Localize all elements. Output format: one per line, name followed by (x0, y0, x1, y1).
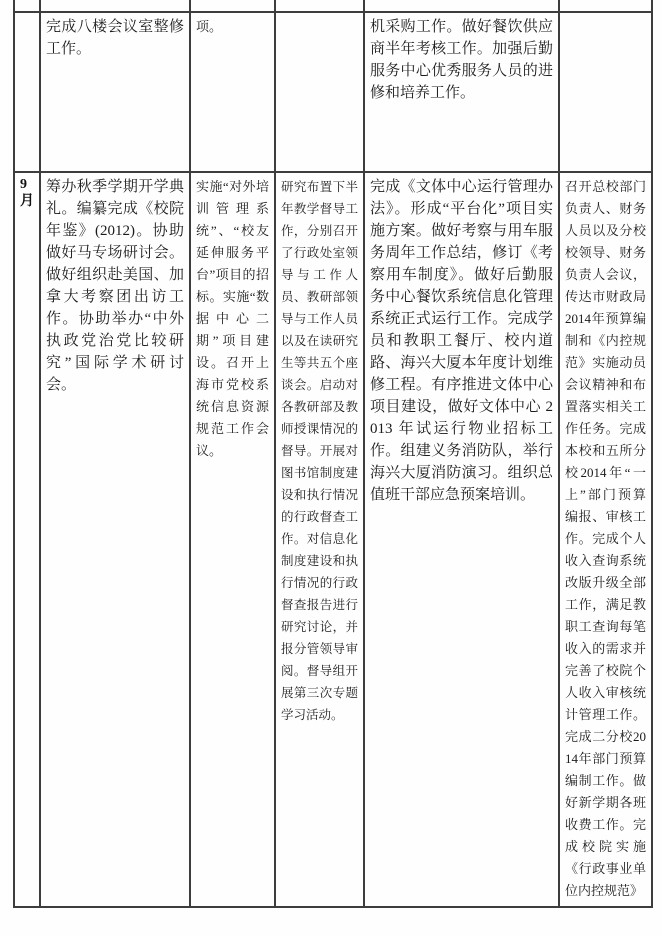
scanned-document-page: 完成八楼会议室整修工作。 项。 机采购工作。做好餐饮供应商半年考核工作。加强后勤… (0, 0, 662, 936)
carryover-row: 完成八楼会议室整修工作。 项。 机采购工作。做好餐饮供应商半年考核工作。加强后勤… (14, 12, 652, 172)
september-cell-logistics: 完成《文体中心运行管理办法》。形成“平台化”项目实施方案。做好考察与用车服务周年… (364, 172, 559, 907)
september-cell-general-office: 筹办秋季学期开学典礼。编纂完成《校院年鉴》(2012)。协助做好马专场研讨会。做… (40, 172, 190, 907)
september-cell-it: 实施“对外培训管理系统”、“校友延伸服务平台”项目的招标。实施“数据中心二期”项… (190, 172, 275, 907)
cutoff-cell (190, 0, 275, 12)
carryover-cell-finance (559, 12, 652, 172)
cutoff-cell (14, 0, 40, 12)
cutoff-cell (275, 0, 364, 12)
cutoff-cell (364, 0, 559, 12)
month-label: 9 月 (20, 176, 34, 210)
carryover-cell-supervision (275, 12, 364, 172)
month-unit: 月 (20, 193, 34, 210)
september-cell-finance: 召开总校部门负责人、财务人员以及分校校领导、财务负责人会议，传达市财政局2014… (559, 172, 652, 907)
carryover-cell-it: 项。 (190, 12, 275, 172)
september-row: 9 月 筹办秋季学期开学典礼。编纂完成《校院年鉴》(2012)。协助做好马专场研… (14, 172, 652, 907)
cutoff-cell (40, 0, 190, 12)
september-cell-supervision: 研究布置下半年教学督导工作，分别召开了行政处室领导与工作人员、教研部领导与工作人… (275, 172, 364, 907)
carryover-cell-general-office: 完成八楼会议室整修工作。 (40, 12, 190, 172)
monthly-work-schedule-table: 完成八楼会议室整修工作。 项。 机采购工作。做好餐饮供应商半年考核工作。加强后勤… (13, 0, 653, 908)
previous-row-cutoff (14, 0, 652, 12)
month-number: 9 (20, 176, 34, 193)
cutoff-cell (559, 0, 652, 12)
carryover-cell-logistics: 机采购工作。做好餐饮供应商半年考核工作。加强后勤服务中心优秀服务人员的进修和培养… (364, 12, 559, 172)
carryover-month-cell (14, 12, 40, 172)
month-cell: 9 月 (14, 172, 40, 907)
